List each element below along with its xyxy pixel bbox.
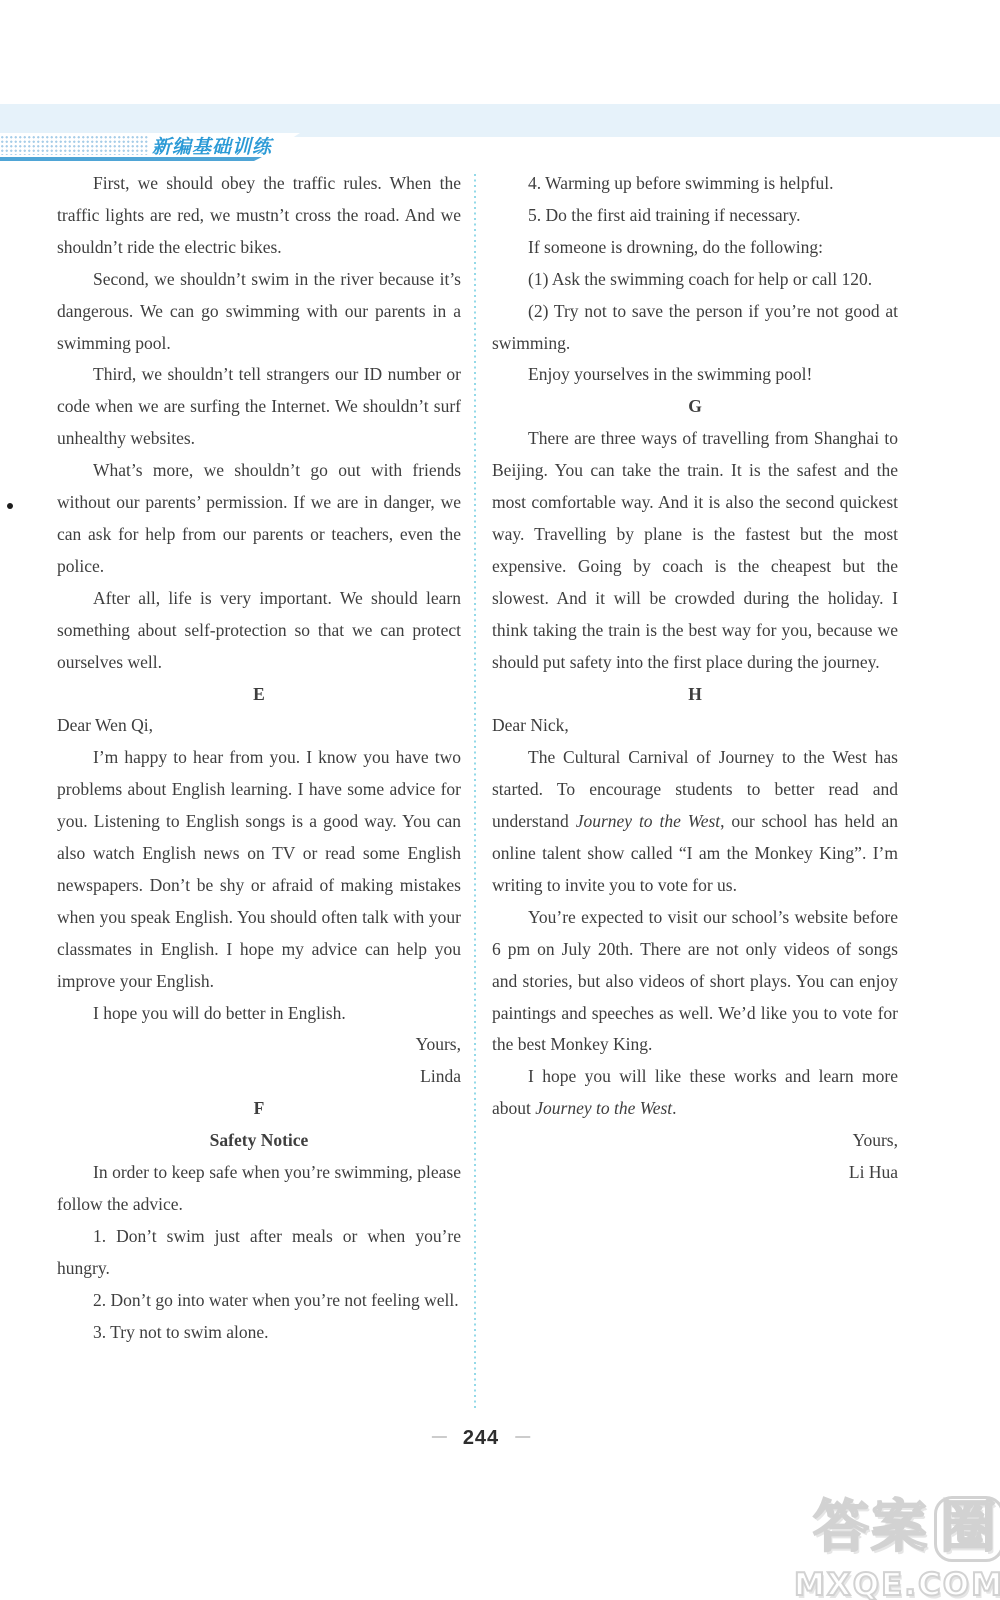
safety-item-3: 3. Try not to swim alone. <box>57 1317 461 1349</box>
safety-intro: In order to keep safe when you’re swimmi… <box>57 1157 461 1221</box>
header-dot-pattern <box>0 135 148 155</box>
paragraph-after-all: After all, life is very important. We sh… <box>57 583 461 679</box>
paragraph-whats-more: What’s more, we shouldn’t go out with fr… <box>57 455 461 583</box>
safety-item-2: 2. Don’t go into water when you’re not f… <box>57 1285 461 1317</box>
section-e-heading: E <box>57 679 461 711</box>
letter-e-body-2: I hope you will do better in English. <box>57 998 461 1030</box>
drowning-intro: If someone is drowning, do the following… <box>492 232 898 264</box>
safety-notice-title: Safety Notice <box>57 1125 461 1157</box>
paragraph-third: Third, we shouldn’t tell strangers our I… <box>57 359 461 455</box>
letter-e-closing: Yours, <box>57 1029 461 1061</box>
safety-item-1: 1. Don’t swim just after meals or when y… <box>57 1221 461 1285</box>
text-segment: . <box>672 1098 676 1118</box>
safety-item-4: 4. Warming up before swimming is helpful… <box>492 168 898 200</box>
header-rule <box>0 157 262 161</box>
letter-h-salutation: Dear Nick, <box>492 710 898 742</box>
paragraph-first: First, we should obey the traffic rules.… <box>57 168 461 264</box>
letter-e-signature: Linda <box>57 1061 461 1093</box>
watermark: 答案圈 MXQE.COM <box>794 1496 1000 1600</box>
drowning-step-2: (2) Try not to save the person if you’re… <box>492 296 898 360</box>
letter-h-paragraph-1: The Cultural Carnival of Journey to the … <box>492 742 898 902</box>
footer-dash-right: — <box>515 1428 530 1445</box>
letter-h-paragraph-2: You’re expected to visit our school’s we… <box>492 902 898 1062</box>
safety-item-5: 5. Do the first aid training if necessar… <box>492 200 898 232</box>
left-column: First, we should obey the traffic rules.… <box>57 168 461 1349</box>
letter-e-body: I’m happy to hear from you. I know you h… <box>57 742 461 997</box>
drowning-step-1: (1) Ask the swimming coach for help or c… <box>492 264 898 296</box>
letter-e-salutation: Dear Wen Qi, <box>57 710 461 742</box>
watermark-circled-char: 圈 <box>934 1496 1000 1562</box>
section-g-heading: G <box>492 391 898 423</box>
book-title-italic: Journey to the West <box>535 1098 672 1118</box>
letter-h-paragraph-3: I hope you will like these works and lea… <box>492 1061 898 1125</box>
brand-title: 新编基础训练 <box>152 132 272 159</box>
enjoy-line: Enjoy yourselves in the swimming pool! <box>492 359 898 391</box>
section-g-body: There are three ways of travelling from … <box>492 423 898 678</box>
watermark-site: MXQE.COM <box>794 1570 1000 1600</box>
page-number-footer: —244— <box>0 1427 962 1450</box>
margin-dot <box>7 503 13 509</box>
column-divider <box>474 174 476 1408</box>
header-band <box>0 104 1000 137</box>
page-number: 244 <box>463 1427 499 1449</box>
book-title-italic: Journey to the West <box>576 811 720 831</box>
footer-dash-left: — <box>432 1428 447 1445</box>
workbook-page: 新编基础训练 First, we should obey the traffic… <box>0 0 1000 1600</box>
section-h-heading: H <box>492 679 898 711</box>
right-column: 4. Warming up before swimming is helpful… <box>492 168 898 1189</box>
paragraph-second: Second, we shouldn’t swim in the river b… <box>57 264 461 360</box>
watermark-cn-prefix: 答案 <box>813 1495 929 1560</box>
section-f-heading: F <box>57 1093 461 1125</box>
watermark-text-cn: 答案圈 <box>794 1496 1000 1562</box>
letter-h-closing: Yours, <box>492 1125 898 1157</box>
letter-h-signature: Li Hua <box>492 1157 898 1189</box>
